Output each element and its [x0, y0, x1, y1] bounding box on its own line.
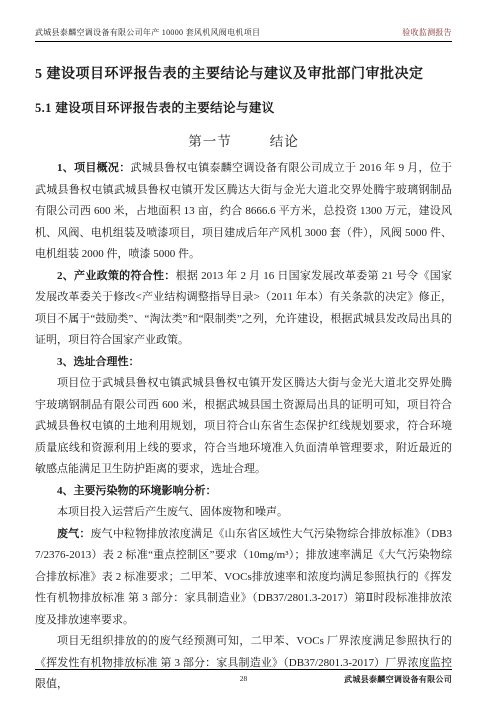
- paragraph-site-selection-heading: 3、选址合理性：: [35, 352, 452, 374]
- paragraph-lead: 废气：: [57, 528, 91, 540]
- paragraph-body: 武城县鲁权屯镇泰麟空调设备有限公司成立于 2016 年 9 月，位于武城县鲁权屯…: [35, 162, 452, 260]
- header-project-title: 武城县泰麟空调设备有限公司年产 10000 套风机风阀电机项目: [35, 27, 260, 38]
- subsection-title-left: 第一节: [188, 134, 232, 149]
- paragraph-pollutants-heading: 4、主要污染物的环境影响分析：: [35, 481, 452, 503]
- body-text: 1、项目概况：武城县鲁权屯镇泰麟空调设备有限公司成立于 2016 年 9 月，位…: [35, 158, 452, 696]
- page-header: 武城县泰麟空调设备有限公司年产 10000 套风机风阀电机项目 验收监测报告: [35, 27, 452, 42]
- header-report-type: 验收监测报告: [402, 27, 452, 38]
- subsection-title-right: 结论: [270, 134, 299, 149]
- chapter-heading: 5 建设项目环评报告表的主要结论与建议及审批部门审批决定: [35, 63, 452, 83]
- document-page: 武城县泰麟空调设备有限公司年产 10000 套风机风阀电机项目 验收监测报告 5…: [0, 0, 485, 715]
- paragraph-body: 本项目投入运营后产生废气、固体废物和噪声。: [57, 506, 288, 518]
- page-footer: 28 武城县泰麟空调设备有限公司: [35, 669, 452, 689]
- paragraph-pollutants-intro: 本项目投入运营后产生废气、固体废物和噪声。: [35, 502, 452, 524]
- paragraph-body: 废气中粒物排放浓度满足《山东省区域性大气污染物综合排放标准》（DB37/2376…: [35, 528, 452, 626]
- paragraph-lead: 3、选址合理性：: [57, 356, 140, 368]
- paragraph-industry-policy: 2、产业政策的符合性：根据 2013 年 2 月 16 日国家发展改革委第 21…: [35, 266, 452, 352]
- paragraph-site-selection-body: 项目位于武城县鲁权屯镇武城县鲁权屯镇开发区腾达大街与金光大道北交界处腾宇玻璃钢制…: [35, 373, 452, 481]
- paragraph-body: 项目位于武城县鲁权屯镇武城县鲁权屯镇开发区腾达大街与金光大道北交界处腾宇玻璃钢制…: [35, 377, 452, 475]
- paragraph-project-overview: 1、项目概况：武城县鲁权屯镇泰麟空调设备有限公司成立于 2016 年 9 月，位…: [35, 158, 452, 266]
- section-heading: 5.1 建设项目环评报告表的主要结论与建议: [35, 98, 452, 116]
- paragraph-waste-gas: 废气：废气中粒物排放浓度满足《山东省区域性大气污染物综合排放标准》（DB37/2…: [35, 524, 452, 632]
- paragraph-lead: 2、产业政策的符合性：: [57, 270, 176, 282]
- paragraph-lead: 4、主要污染物的环境影响分析：: [57, 485, 217, 497]
- subsection-title: 第一节结论: [35, 130, 452, 150]
- footer-company-name: 武城县泰麟空调设备有限公司: [344, 674, 452, 685]
- paragraph-lead: 1、项目概况：: [57, 162, 131, 174]
